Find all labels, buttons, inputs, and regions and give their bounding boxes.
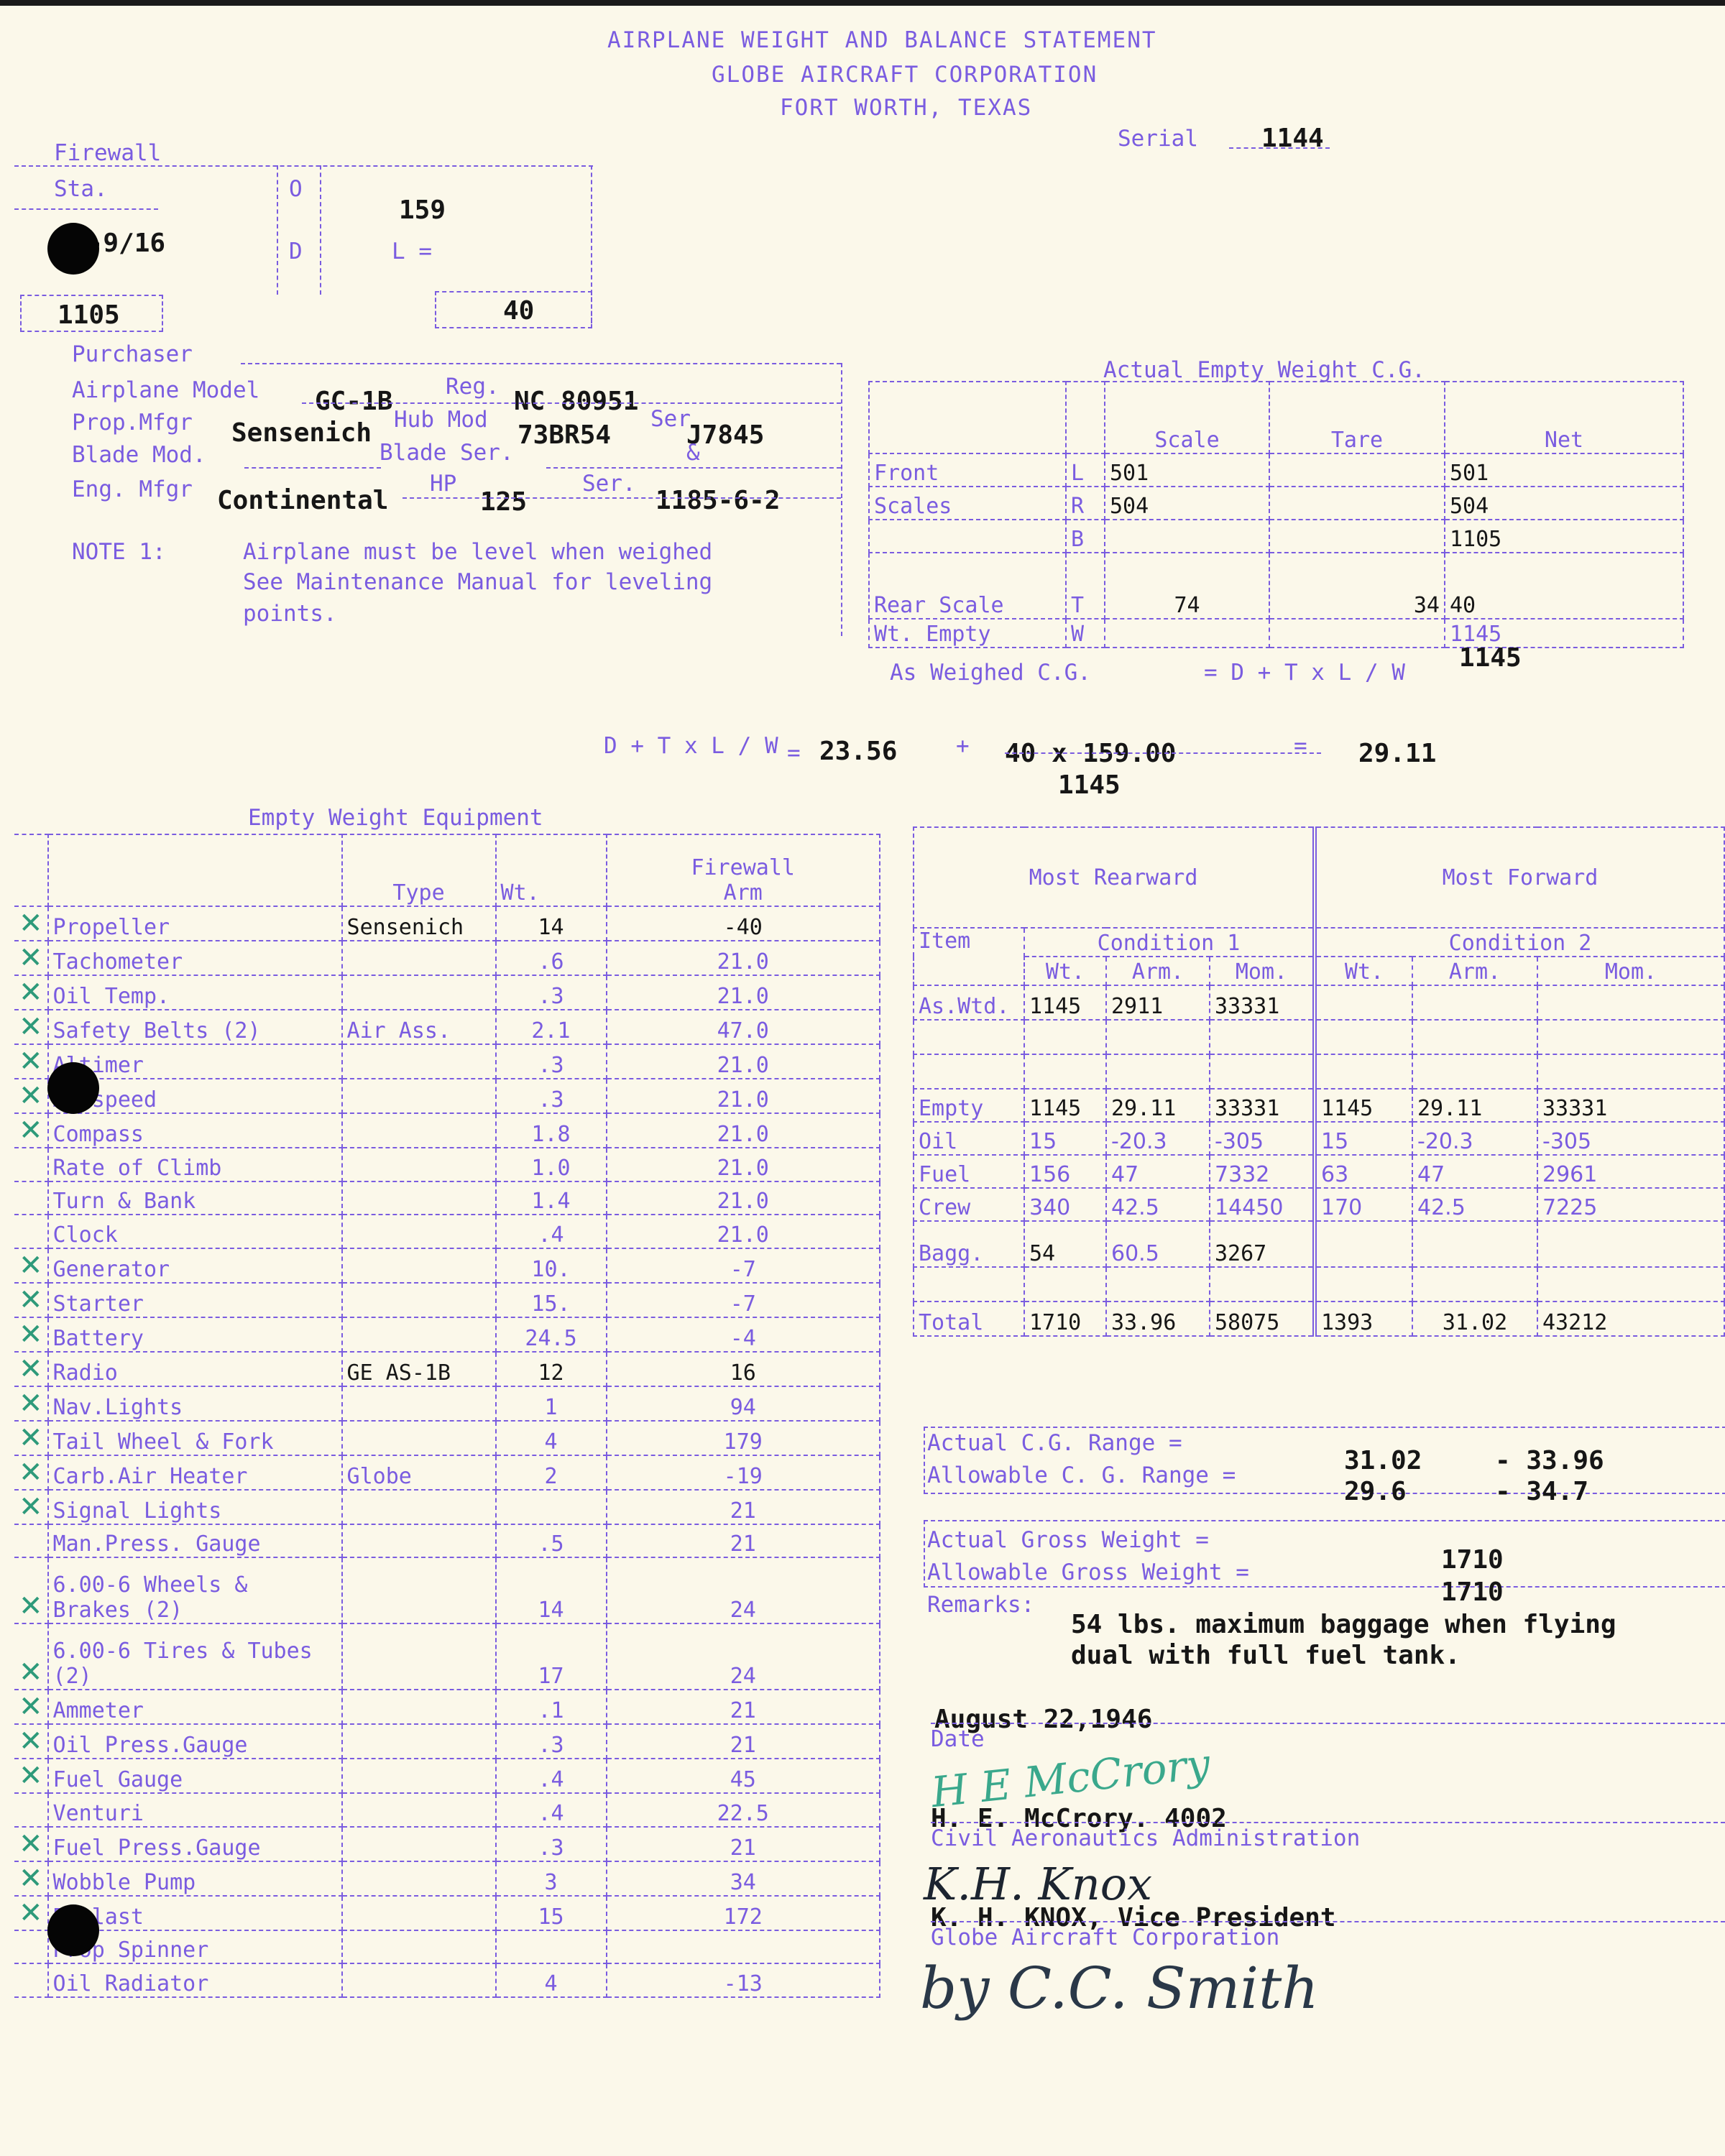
item-arm: -4 (607, 1317, 880, 1352)
c2-arm-header: Arm. (1412, 957, 1537, 985)
blank-row (914, 1020, 1724, 1054)
check-col-header (14, 834, 48, 906)
check-mark-icon: ✕ (19, 1862, 43, 1895)
firewall-box-top (14, 165, 593, 167)
remarks-label: Remarks: (927, 1592, 1034, 1618)
company-name: GLOBE AIRCRAFT CORPORATION (712, 62, 1098, 88)
c1-wt: 156 (1024, 1155, 1106, 1188)
actual-gross-label: Actual Gross Weight = (927, 1527, 1209, 1553)
c2-wt: 63 (1315, 1155, 1412, 1188)
empty-cg-header-blank (869, 382, 1066, 453)
info-box-right (841, 363, 842, 636)
c1-arm: 47 (1106, 1155, 1210, 1188)
c1-arm: 29.11 (1106, 1089, 1210, 1122)
item-arm: 21.0 (607, 1215, 880, 1248)
tare-value (1269, 487, 1445, 520)
actual-cg-high: - 33.96 (1495, 1446, 1604, 1475)
checkbox-cell[interactable]: ✕ (14, 1896, 48, 1930)
item-type (342, 1623, 496, 1690)
item-arm: 47.0 (607, 1010, 880, 1044)
wt-empty-value: 1145 (1459, 643, 1522, 673)
item-weight: 1.8 (496, 1113, 607, 1148)
table-row: ✕Oil Temp..321.0 (14, 975, 880, 1010)
item-weight: .3 (496, 1044, 607, 1079)
checkbox-cell[interactable]: ✕ (14, 1421, 48, 1455)
eng-ser-label: Ser. (582, 471, 636, 497)
checkbox-cell[interactable]: ✕ (14, 1113, 48, 1148)
table-row: ✕Fuel Gauge.445 (14, 1759, 880, 1793)
note-line-2: See Maintenance Manual for leveling (243, 569, 712, 595)
blade-ser-label: Blade Ser. (379, 440, 514, 466)
c2-mom: -305 (1537, 1122, 1724, 1155)
item-weight: .5 (496, 1524, 607, 1558)
item-weight: .3 (496, 1724, 607, 1759)
table-row: Rear Scale T 74 34 40 (869, 553, 1683, 619)
loading-header-row: Most Rearward Most Forward (914, 827, 1724, 928)
blank-cell (1210, 1020, 1315, 1054)
checkbox-cell[interactable]: ✕ (14, 1759, 48, 1793)
equipment-header-row: Type Wt. FirewallArm (14, 834, 880, 906)
reg-label: Reg. (446, 374, 500, 400)
checkbox-cell[interactable]: ✕ (14, 975, 48, 1010)
row-label: Scales (869, 487, 1066, 520)
item-type (342, 1557, 496, 1623)
item-name: Safety Belts (2) (48, 1010, 342, 1044)
item-weight: .3 (496, 1079, 607, 1113)
row-label: Front (869, 453, 1066, 487)
company-org: Globe Aircraft Corporation (931, 1925, 1279, 1950)
sta-underline (14, 208, 158, 210)
item-type (342, 1690, 496, 1724)
blank-cell (914, 1020, 1024, 1054)
checkbox-cell[interactable]: ✕ (14, 1861, 48, 1896)
item-weight: 15. (496, 1283, 607, 1317)
row-code: W (1066, 619, 1105, 648)
item-arm: 179 (607, 1421, 880, 1455)
calc-denominator: 1145 (1058, 770, 1121, 800)
c1-mom: 14450 (1210, 1188, 1315, 1221)
item-type (342, 975, 496, 1010)
item-type (342, 1724, 496, 1759)
c1-arm: 42.5 (1106, 1188, 1210, 1221)
table-row: Front L 501 501 (869, 453, 1683, 487)
l-label: L = (392, 239, 432, 264)
as-weighed-label: As Weighed C.G. (890, 660, 1091, 686)
loading-rows: Empty114529.1133331114529.1133331Oil15-2… (914, 1089, 1724, 1267)
table-row: Empty114529.1133331114529.1133331 (914, 1089, 1724, 1122)
check-mark-icon: ✕ (19, 1353, 43, 1386)
item-type (342, 1386, 496, 1421)
table-row: ✕Wobble Pump334 (14, 1861, 880, 1896)
item-arm: 21 (607, 1524, 880, 1558)
blank-cell (1106, 1267, 1210, 1302)
l-value: 159 (399, 195, 446, 225)
item-arm: 45 (607, 1759, 880, 1793)
item-arm: -13 (607, 1963, 880, 1997)
checkbox-cell[interactable]: ✕ (14, 1827, 48, 1861)
table-row: ✕Airspeed.321.0 (14, 1079, 880, 1113)
item-weight: .3 (496, 975, 607, 1010)
c1-mom: 33331 (1210, 1089, 1315, 1122)
check-mark-icon: ✕ (19, 941, 43, 975)
checkbox-cell[interactable]: ✕ (14, 941, 48, 975)
checkbox-cell[interactable]: ✕ (14, 1352, 48, 1386)
check-mark-icon: ✕ (19, 1897, 43, 1930)
firewall-title: Firewall (54, 140, 161, 166)
item-type (342, 1827, 496, 1861)
as-weighed-formula: = D + T x L / W (1204, 660, 1405, 686)
table-row: Scales R 504 504 (869, 487, 1683, 520)
c1-wt: 1145 (1024, 1089, 1106, 1122)
calc-equals: = (787, 740, 801, 766)
item-arm: 16 (607, 1352, 880, 1386)
item-arm: 21 (607, 1490, 880, 1524)
check-mark-icon: ✕ (19, 1828, 43, 1861)
c2-arm (1412, 1221, 1537, 1267)
item-type (342, 1759, 496, 1793)
total-c1-mom: 58075 (1210, 1302, 1315, 1336)
hub-mod-label: Hub Mod (394, 407, 488, 433)
item-arm: 24 (607, 1623, 880, 1690)
purchaser-label: Purchaser (72, 341, 193, 367)
checkbox-cell[interactable]: ✕ (14, 1724, 48, 1759)
item-weight: 1.4 (496, 1181, 607, 1215)
item-weight: .4 (496, 1215, 607, 1248)
c1-wt-header: Wt. (1024, 957, 1106, 985)
col-arm-top: Firewall (612, 855, 875, 880)
as-wtd-wt: 1145 (1024, 985, 1106, 1020)
item-name: Oil Press.Gauge (48, 1724, 342, 1759)
c2-wt: 170 (1315, 1188, 1412, 1221)
scan-top-edge (0, 0, 1725, 6)
cca-org: Civil Aeronautics Administration (931, 1825, 1360, 1851)
item-name: Nav.Lights (48, 1386, 342, 1421)
blank-cell (1024, 1267, 1106, 1302)
firewall-box-divider-1 (277, 165, 278, 295)
checkbox-cell[interactable]: ✕ (14, 1283, 48, 1317)
actual-cg-label: Actual C.G. Range = (927, 1430, 1182, 1456)
hub-mod-value: 73BR54 (517, 420, 611, 450)
table-row: ✕Starter15.-7 (14, 1283, 880, 1317)
table-row: ✕Altimer.321.0 (14, 1044, 880, 1079)
item-name: Compass (48, 1113, 342, 1148)
calc-d-value: 23.56 (819, 737, 897, 766)
total-label: Total (914, 1302, 1024, 1336)
item-name: Fuel Press.Gauge (48, 1827, 342, 1861)
item-type (342, 1148, 496, 1181)
net-value: 40 (1445, 553, 1683, 619)
check-mark-icon: ✕ (19, 907, 43, 940)
allowable-cg-label: Allowable C. G. Range = (927, 1462, 1236, 1488)
item-type (342, 1861, 496, 1896)
checkbox-cell[interactable]: ✕ (14, 1557, 48, 1623)
actual-cg-low: 31.02 (1344, 1446, 1422, 1475)
most-forward-header: Most Forward (1315, 827, 1724, 928)
blade-ser-line (546, 467, 841, 469)
item-weight: 1 (496, 1386, 607, 1421)
item-arm: 94 (607, 1386, 880, 1421)
note-line-1: Airplane must be level when weighed (243, 539, 712, 565)
item-arm: 21.0 (607, 1079, 880, 1113)
checkbox-cell[interactable] (14, 1793, 48, 1827)
table-row: ✕Fuel Press.Gauge.321 (14, 1827, 880, 1861)
item-name: Battery (48, 1317, 342, 1352)
cca-line (931, 1822, 1725, 1823)
net-value: 1105 (1445, 520, 1683, 553)
col-scale: Scale (1105, 382, 1269, 453)
by-signature: by C.C. Smith (920, 1955, 1319, 2022)
item-type (342, 1079, 496, 1113)
item-arm: 21.0 (607, 975, 880, 1010)
company-line (931, 1921, 1725, 1922)
checkbox-cell[interactable]: ✕ (14, 1248, 48, 1283)
item-arm: -19 (607, 1455, 880, 1490)
col-net: Net (1445, 382, 1683, 453)
item-weight: 15 (496, 1896, 607, 1930)
c2-mom: 7225 (1537, 1188, 1724, 1221)
item-type: Air Ass. (342, 1010, 496, 1044)
item-type (342, 1181, 496, 1215)
checkbox-cell[interactable]: ✕ (14, 1455, 48, 1490)
item-arm: 24 (607, 1557, 880, 1623)
blank-cell (1210, 1054, 1315, 1089)
check-mark-icon: ✕ (19, 1079, 43, 1112)
firewall-box-divider-2 (320, 165, 321, 295)
calc-result-equals: = (1294, 733, 1307, 759)
item-name: 6.00-6 Tires & Tubes (2) (48, 1623, 342, 1690)
blank-cell (1315, 1054, 1412, 1089)
item-weight: 14 (496, 1557, 607, 1623)
item-arm: 21.0 (607, 1181, 880, 1215)
checkbox-cell[interactable] (14, 1215, 48, 1248)
row-label (869, 520, 1066, 553)
check-mark-icon: ✕ (19, 1456, 43, 1489)
empty-cg-header-row: Scale Tare Net (869, 382, 1683, 453)
item-weight (496, 1930, 607, 1964)
note-line-3: points. (243, 601, 337, 627)
item-type (342, 1930, 496, 1964)
item-arm: 21 (607, 1724, 880, 1759)
table-row: ✕Oil Press.Gauge.321 (14, 1724, 880, 1759)
blank-cell (1024, 1020, 1106, 1054)
item-name: Ammeter (48, 1690, 342, 1724)
blank-cell (914, 1267, 1024, 1302)
item-name: Carb.Air Heater (48, 1455, 342, 1490)
check-mark-icon: ✕ (19, 1725, 43, 1758)
row-code: L (1066, 453, 1105, 487)
blank-cell (1315, 1020, 1412, 1054)
c2-arm: 47 (1412, 1155, 1537, 1188)
item-type (342, 1248, 496, 1283)
checkbox-cell[interactable]: ✕ (14, 1317, 48, 1352)
c2-arm: -20.3 (1412, 1122, 1537, 1155)
item-arm: -40 (607, 906, 880, 941)
c1-wt: 54 (1024, 1221, 1106, 1267)
item-name: Wobble Pump (48, 1861, 342, 1896)
scale-value: 504 (1105, 487, 1269, 520)
purchaser-line (241, 363, 841, 364)
checkbox-cell[interactable]: ✕ (14, 906, 48, 941)
col-type: Type (342, 834, 496, 906)
allowable-gross-value: 1710 (1441, 1577, 1504, 1607)
c1-arm: 60.5 (1106, 1221, 1210, 1267)
form-title: AIRPLANE WEIGHT AND BALANCE STATEMENT (607, 27, 1157, 53)
item-type (342, 1490, 496, 1524)
item-weight: 2 (496, 1455, 607, 1490)
tare-value (1269, 453, 1445, 487)
c2-arm: 29.11 (1412, 1089, 1537, 1122)
row-label: Wt. Empty (869, 619, 1066, 648)
checkbox-cell[interactable]: ✕ (14, 1044, 48, 1079)
item-type: Sensenich (342, 906, 496, 941)
item-type (342, 1793, 496, 1827)
date-line (931, 1723, 1725, 1724)
c1-mom-header: Mom. (1210, 957, 1315, 985)
checkbox-cell[interactable]: ✕ (14, 1079, 48, 1113)
eng-mfgr-label: Eng. Mfgr (72, 476, 193, 502)
calc-formula: D + T x L / W (604, 733, 778, 759)
item-name: Tail Wheel & Fork (48, 1421, 342, 1455)
actual-gross-value: 1710 (1441, 1545, 1504, 1575)
item-type (342, 941, 496, 975)
blank-cell (1315, 985, 1412, 1020)
c2-mom: 33331 (1537, 1089, 1724, 1122)
item-weight (496, 1490, 607, 1524)
scale-value (1105, 619, 1269, 648)
checkbox-cell[interactable]: ✕ (14, 1386, 48, 1421)
c1-mom: -305 (1210, 1122, 1315, 1155)
checkbox-cell[interactable]: ✕ (14, 1623, 48, 1690)
item-name: Clock (48, 1215, 342, 1248)
row-label: Rear Scale (869, 553, 1066, 619)
scale-value: 501 (1105, 453, 1269, 487)
c1-arm-header: Arm. (1106, 957, 1210, 985)
item-weight: 24.5 (496, 1317, 607, 1352)
table-row: ✕Carb.Air HeaterGlobe2-19 (14, 1455, 880, 1490)
check-mark-icon: ✕ (19, 1010, 43, 1044)
subheader-row: Wt. Arm. Mom. Wt. Arm. Mom. (914, 957, 1724, 985)
item-arm: 21 (607, 1827, 880, 1861)
item-name: Starter (48, 1283, 342, 1317)
prop-ser-label: Ser (650, 406, 691, 432)
checkbox-cell[interactable] (14, 1181, 48, 1215)
item-name: Man.Press. Gauge (48, 1524, 342, 1558)
item-header: Item (914, 928, 1024, 985)
as-wtd-arm: 2911 (1106, 985, 1210, 1020)
item-arm: 21 (607, 1690, 880, 1724)
table-row: ✕RadioGE AS-1B1216 (14, 1352, 880, 1386)
prop-mfgr-label: Prop.Mfgr (72, 410, 193, 436)
check-mark-icon: ✕ (19, 1318, 43, 1351)
check-mark-icon: ✕ (19, 1656, 43, 1689)
tail-net-value: 40 (503, 296, 534, 326)
item-weight: .3 (496, 1827, 607, 1861)
blank-row (914, 1267, 1724, 1302)
checkbox-cell[interactable] (14, 1148, 48, 1181)
table-row: ✕Nav.Lights194 (14, 1386, 880, 1421)
calc-plus: + (956, 733, 970, 759)
model-label: Airplane Model (72, 377, 259, 403)
table-row: ✕Ammeter.121 (14, 1690, 880, 1724)
check-mark-icon: ✕ (19, 1045, 43, 1078)
blank-cell (1412, 1054, 1537, 1089)
row-code: T (1066, 553, 1105, 619)
table-row: ✕Ballast15172 (14, 1896, 880, 1930)
table-row: Clock.421.0 (14, 1215, 880, 1248)
c2-wt: 15 (1315, 1122, 1412, 1155)
loading-table: Most Rearward Most Forward Item Conditio… (913, 826, 1725, 1337)
item-weight: 3 (496, 1861, 607, 1896)
col-item (48, 834, 342, 906)
item-weight: 2.1 (496, 1010, 607, 1044)
checkbox-cell[interactable] (14, 1930, 48, 1964)
punch-hole (47, 223, 99, 275)
total-c2-arm: 31.02 (1412, 1302, 1537, 1336)
total-c2-mom: 43212 (1537, 1302, 1724, 1336)
item-arm: 21.0 (607, 1113, 880, 1148)
empty-cg-title: Actual Empty Weight C.G. (1103, 357, 1425, 383)
tare-value (1269, 520, 1445, 553)
remarks-line-1: 54 lbs. maximum baggage when flying (1071, 1610, 1616, 1639)
model-line (302, 402, 841, 404)
checkbox-cell[interactable] (14, 1963, 48, 1997)
eng-mfgr-value: Continental (217, 486, 388, 515)
table-row: B 1105 (869, 520, 1683, 553)
checkbox-cell[interactable]: ✕ (14, 1010, 48, 1044)
check-mark-icon: ✕ (19, 1422, 43, 1455)
item-type (342, 1283, 496, 1317)
checkbox-cell[interactable]: ✕ (14, 1490, 48, 1524)
checkbox-cell[interactable] (14, 1524, 48, 1558)
eng-line (402, 497, 841, 499)
item-weight: 4 (496, 1963, 607, 1997)
item-type (342, 1215, 496, 1248)
as-wtd-label: As.Wtd. (914, 985, 1024, 1020)
blank-cell (1106, 1054, 1210, 1089)
remarks-line-2: dual with full fuel tank. (1071, 1641, 1460, 1670)
sta-label: Sta. (54, 176, 108, 202)
empty-cg-header-code (1066, 382, 1105, 453)
item-arm: 34 (607, 1861, 880, 1896)
item-name: Fuel Gauge (48, 1759, 342, 1793)
table-row: ✕Signal Lights21 (14, 1490, 880, 1524)
table-row: Rate of Climb1.021.0 (14, 1148, 880, 1181)
col-wt: Wt. (496, 834, 607, 906)
table-row: ✕6.00-6 Tires & Tubes (2)1724 (14, 1623, 880, 1690)
item-name: Generator (48, 1248, 342, 1283)
c2-mom (1537, 1221, 1724, 1267)
condition-row: Item Condition 1 Condition 2 (914, 928, 1724, 957)
item-name: 6.00-6 Wheels & Brakes (2) (48, 1557, 342, 1623)
item-name: Tachometer (48, 941, 342, 975)
item-weight: 1.0 (496, 1148, 607, 1181)
check-mark-icon: ✕ (19, 1690, 43, 1723)
blade-mod-label: Blade Mod. (72, 442, 206, 468)
total-row: Total 1710 33.96 58075 1393 31.02 43212 (914, 1302, 1724, 1336)
checkbox-cell[interactable]: ✕ (14, 1690, 48, 1724)
item-weight: 10. (496, 1248, 607, 1283)
item-type (342, 1113, 496, 1148)
row-label: Fuel (914, 1155, 1024, 1188)
table-row: ✕Tail Wheel & Fork4179 (14, 1421, 880, 1455)
calc-fraction-line (1005, 752, 1321, 754)
table-row: Crew34042.51445017042.57225 (914, 1188, 1724, 1221)
item-arm: 21.0 (607, 1148, 880, 1181)
allowable-cg-low: 29.6 (1344, 1477, 1407, 1506)
table-row: Turn & Bank1.421.0 (14, 1181, 880, 1215)
net-value: 501 (1445, 453, 1683, 487)
total-c1-arm: 33.96 (1106, 1302, 1210, 1336)
